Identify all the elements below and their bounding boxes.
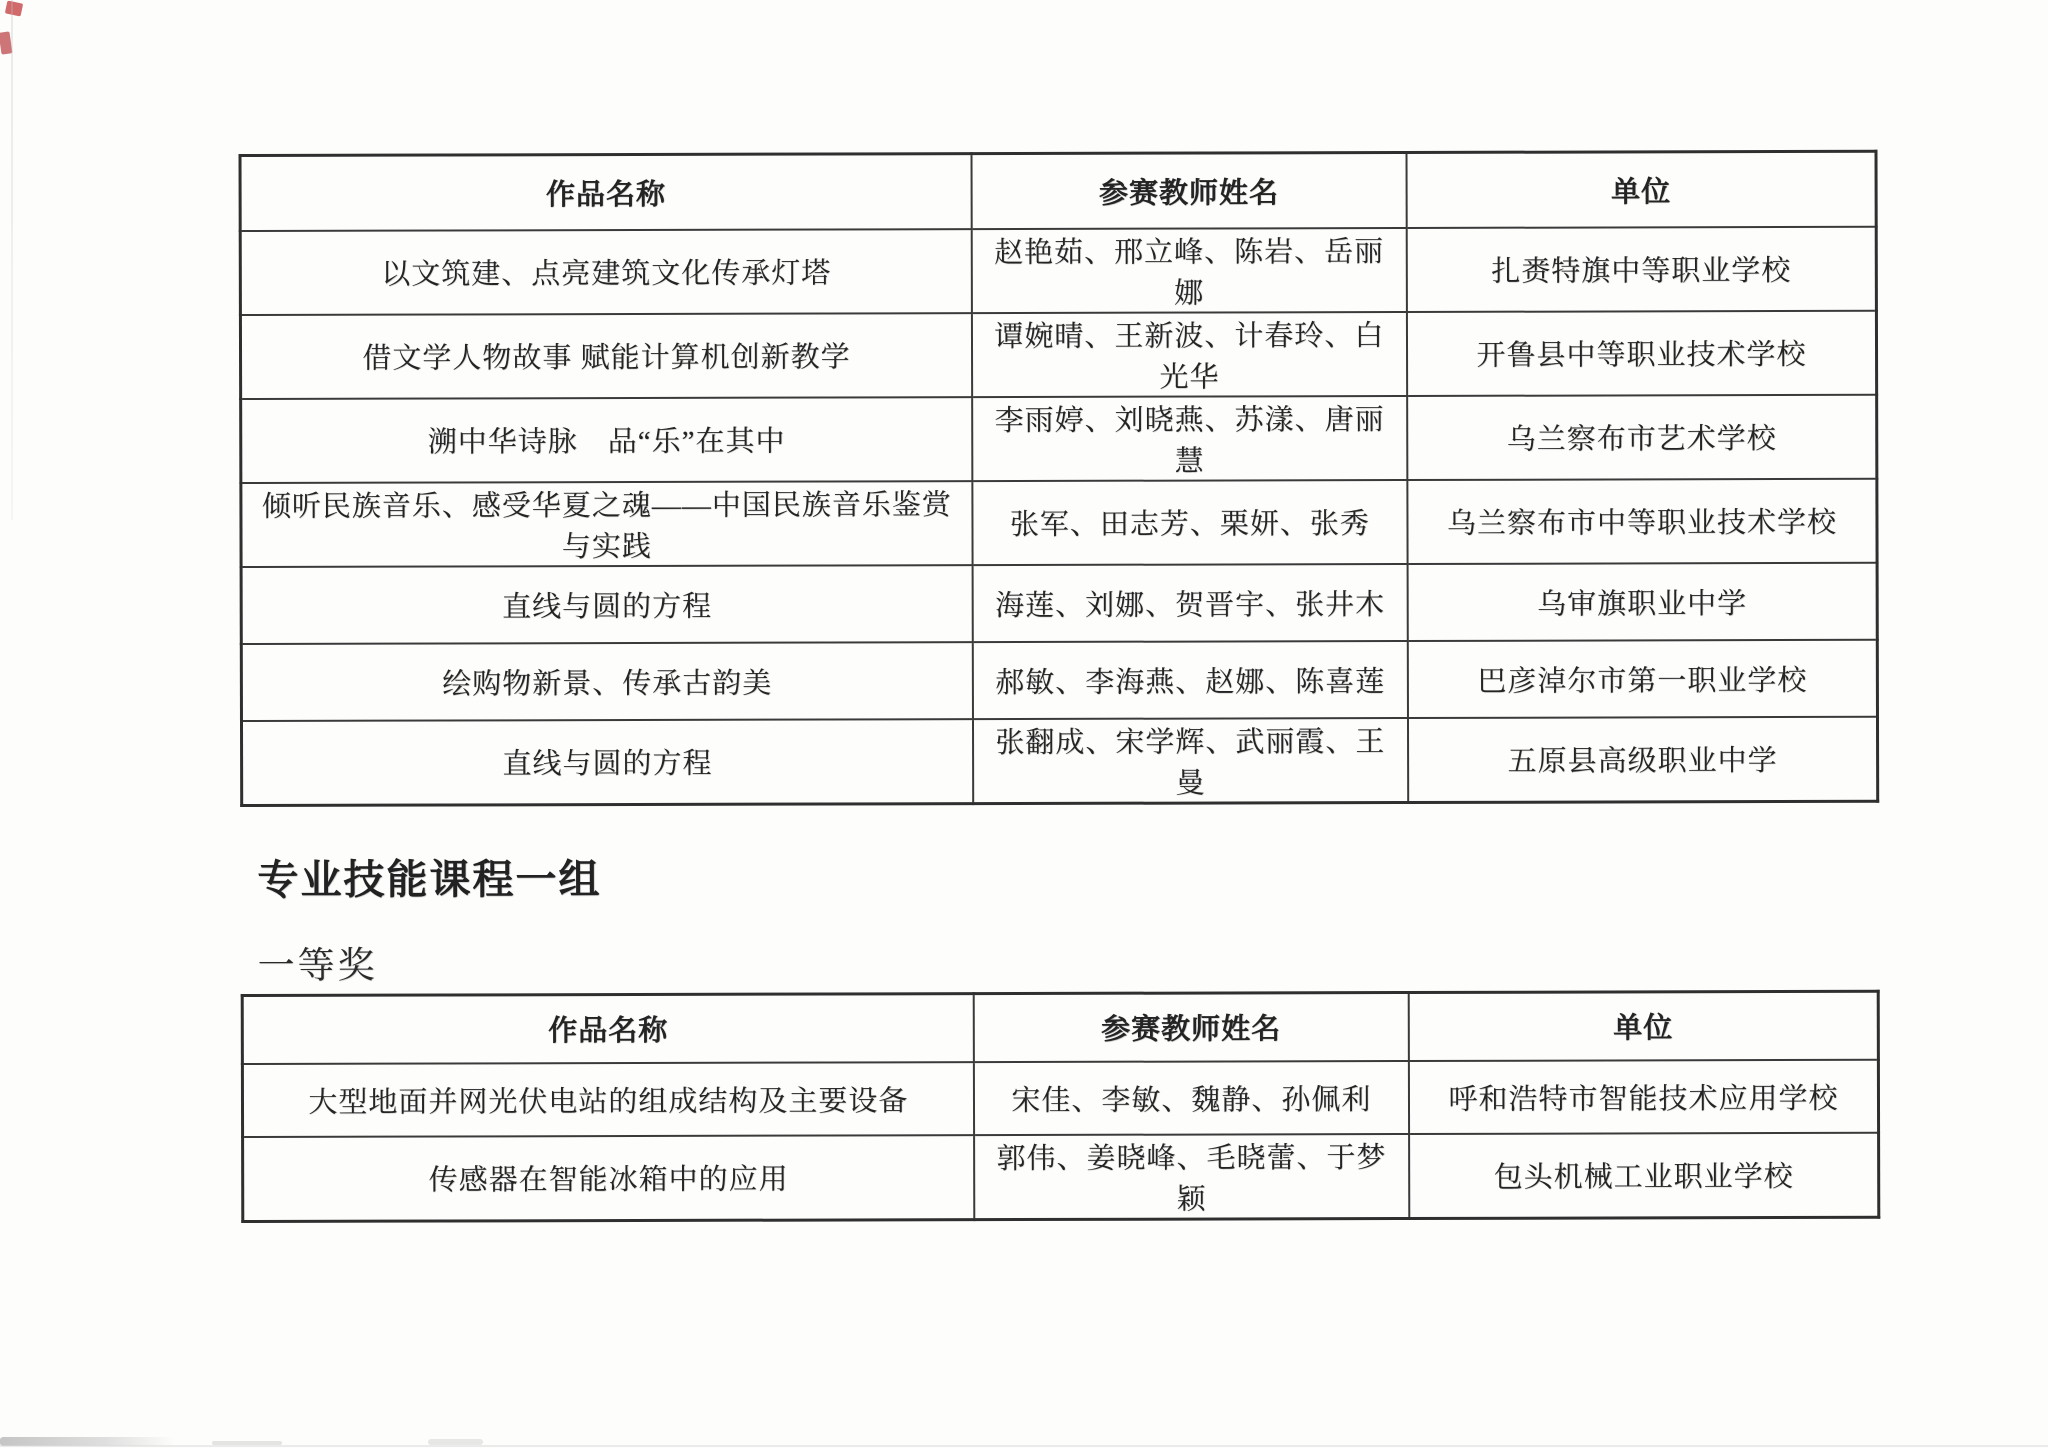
organization-cell: 开鲁县中等职业技术学校	[1407, 310, 1877, 395]
column-header-work-name: 作品名称	[240, 154, 971, 231]
work-name-cell: 以文筑建、点亮建筑文化传承灯塔	[240, 229, 971, 315]
scanned-document-page: 作品名称 参赛教师姓名 单位 以文筑建、点亮建筑文化传承灯塔赵艳茹、邢立峰、陈岩…	[0, 0, 2048, 1448]
table-body: 大型地面并网光伏电站的组成结构及主要设备宋佳、李敏、魏静、孙佩利呼和浩特市智能技…	[242, 1059, 1878, 1221]
table-row: 溯中华诗脉 品“乐”在其中李雨婷、刘晓燕、苏漾、唐丽慧乌兰察布市艺术学校	[241, 394, 1877, 482]
table-header-row: 作品名称 参赛教师姓名 单位	[240, 151, 1876, 230]
column-header-work-name: 作品名称	[242, 994, 973, 1064]
table-row: 传感器在智能冰箱中的应用郭伟、姜晓峰、毛晓蕾、于梦颖包头机械工业职业学校	[243, 1132, 1879, 1221]
work-name-cell: 借文学人物故事 赋能计算机创新教学	[240, 313, 971, 399]
table-body: 以文筑建、点亮建筑文化传承灯塔赵艳茹、邢立峰、陈岩、岳丽娜扎赉特旗中等职业学校借…	[240, 226, 1877, 805]
teachers-cell: 谭婉晴、王新波、计春玲、白光华	[972, 311, 1407, 396]
table-row: 倾听民族音乐、感受华夏之魂——中国民族音乐鉴赏与实践张军、田志芳、栗妍、张秀乌兰…	[241, 478, 1877, 566]
teachers-cell: 张翻成、宋学辉、武丽霞、王曼	[973, 717, 1408, 803]
table-row: 直线与圆的方程张翻成、宋学辉、武丽霞、王曼五原县高级职业中学	[241, 716, 1877, 805]
column-header-teacher-names: 参赛教师姓名	[973, 992, 1408, 1061]
work-name-cell: 绘购物新景、传承古韵美	[241, 642, 972, 721]
work-name-cell: 直线与圆的方程	[241, 719, 972, 805]
column-header-organization: 单位	[1409, 991, 1879, 1060]
column-header-organization: 单位	[1406, 151, 1876, 227]
organization-cell: 乌兰察布市中等职业技术学校	[1407, 478, 1877, 563]
teachers-cell: 海莲、刘娜、贺晋宇、张井木	[972, 563, 1407, 641]
table-row: 直线与圆的方程海莲、刘娜、贺晋宇、张井木乌审旗职业中学	[241, 562, 1877, 643]
table-header-row: 作品名称 参赛教师姓名 单位	[242, 991, 1878, 1063]
teachers-cell: 郝敏、李海燕、赵娜、陈喜莲	[973, 640, 1408, 718]
organization-cell: 巴彦淖尔市第一职业学校	[1408, 639, 1878, 717]
teachers-cell: 李雨婷、刘晓燕、苏漾、唐丽慧	[972, 395, 1407, 480]
table-row: 大型地面并网光伏电站的组成结构及主要设备宋佳、李敏、魏静、孙佩利呼和浩特市智能技…	[242, 1059, 1878, 1136]
organization-cell: 包头机械工业职业学校	[1409, 1132, 1879, 1218]
section-title-first-prize: 一等奖	[258, 935, 378, 989]
organization-cell: 扎赉特旗中等职业学校	[1407, 226, 1877, 311]
teachers-cell: 宋佳、李敏、魏静、孙佩利	[974, 1060, 1409, 1134]
organization-cell: 乌审旗职业中学	[1408, 562, 1878, 640]
document-content: 作品名称 参赛教师姓名 单位 以文筑建、点亮建筑文化传承灯塔赵艳茹、邢立峰、陈岩…	[0, 0, 2048, 1448]
table-row: 绘购物新景、传承古韵美郝敏、李海燕、赵娜、陈喜莲巴彦淖尔市第一职业学校	[241, 639, 1877, 720]
work-name-cell: 倾听民族音乐、感受华夏之魂——中国民族音乐鉴赏与实践	[241, 481, 972, 567]
work-name-cell: 传感器在智能冰箱中的应用	[243, 1135, 975, 1221]
organization-cell: 呼和浩特市智能技术应用学校	[1409, 1059, 1879, 1133]
teachers-cell: 张军、田志芳、栗妍、张秀	[972, 479, 1407, 564]
table-row: 以文筑建、点亮建筑文化传承灯塔赵艳茹、邢立峰、陈岩、岳丽娜扎赉特旗中等职业学校	[240, 226, 1876, 314]
work-name-cell: 大型地面并网光伏电站的组成结构及主要设备	[242, 1062, 973, 1137]
organization-cell: 乌兰察布市艺术学校	[1407, 394, 1877, 479]
section-title-course-group: 专业技能课程一组	[257, 846, 601, 906]
teachers-cell: 赵艳茹、邢立峰、陈岩、岳丽娜	[971, 227, 1406, 312]
awards-table-basic-courses: 作品名称 参赛教师姓名 单位 以文筑建、点亮建筑文化传承灯塔赵艳茹、邢立峰、陈岩…	[239, 150, 1880, 807]
work-name-cell: 溯中华诗脉 品“乐”在其中	[241, 397, 972, 483]
work-name-cell: 直线与圆的方程	[241, 565, 972, 644]
organization-cell: 五原县高级职业中学	[1408, 716, 1878, 802]
awards-table-professional-skills: 作品名称 参赛教师姓名 单位 大型地面并网光伏电站的组成结构及主要设备宋佳、李敏…	[241, 990, 1881, 1223]
table-row: 借文学人物故事 赋能计算机创新教学谭婉晴、王新波、计春玲、白光华开鲁县中等职业技…	[240, 310, 1876, 398]
column-header-teacher-names: 参赛教师姓名	[971, 152, 1406, 228]
teachers-cell: 郭伟、姜晓峰、毛晓蕾、于梦颖	[974, 1133, 1409, 1219]
